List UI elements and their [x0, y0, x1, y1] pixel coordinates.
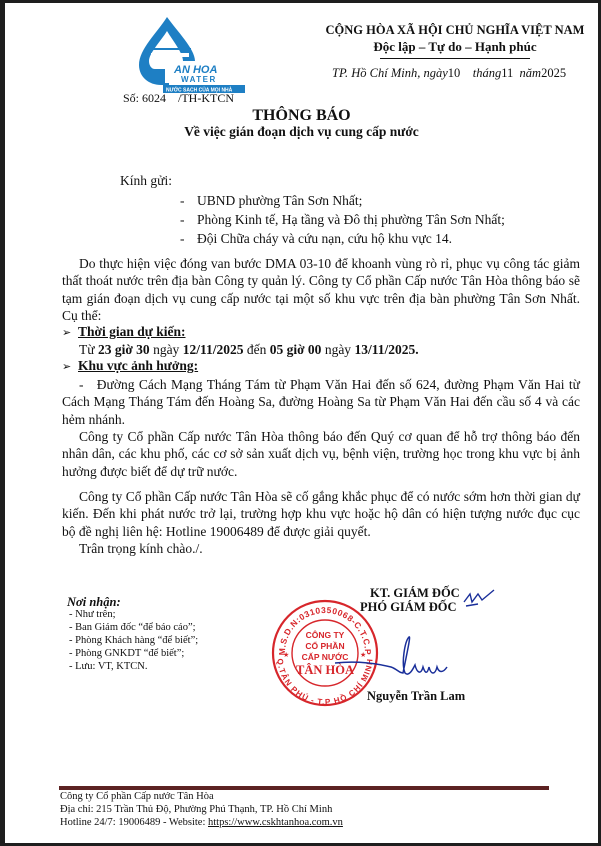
document-number: Số: 6024/TH-KTCN	[123, 91, 234, 106]
schedule-heading: ➢Thời gian dự kiến:	[62, 324, 186, 340]
receiver-item: - Phòng GNKDT “để biết”;	[69, 648, 184, 659]
closing-line: Trân trọng kính chào./.	[62, 540, 580, 557]
document-title: THÔNG BÁO	[5, 107, 598, 125]
document-page: AN HOA WATER NƯỚC SẠCH CỦA MỌI NHÀ Số: 6…	[5, 3, 598, 843]
handwritten-signature-icon	[335, 633, 485, 693]
greeting: Kính gửi:	[120, 173, 172, 189]
footer-divider	[59, 786, 549, 790]
affected-area-heading: ➢Khu vực ảnh hưởng:	[62, 358, 198, 374]
effort-paragraph: Công ty Cổ phần Cấp nước Tân Hòa sẽ cố g…	[62, 488, 580, 540]
website-link[interactable]: https://www.cskhtanhoa.com.vn	[208, 817, 343, 828]
svg-text:WATER: WATER	[181, 75, 217, 84]
receiver-item: - Lưu: VT, KTCN.	[69, 661, 148, 672]
receiver-item: - Như trên;	[69, 609, 116, 620]
signer-title-line1: KT. GIÁM ĐỐC	[370, 586, 460, 601]
receivers-title: Nơi nhận:	[67, 595, 121, 610]
signer-name: Nguyễn Trần Lam	[367, 689, 465, 704]
footer-hotline: Hotline 24/7: 19006489 - Website: https:…	[60, 817, 343, 828]
footer-address: Địa chỉ: 215 Trần Thủ Độ, Phường Phú Thạ…	[60, 804, 332, 815]
document-subtitle: Về việc gián đoạn dịch vụ cung cấp nước	[5, 124, 598, 140]
arrow-bullet-icon: ➢	[62, 360, 78, 373]
notice-paragraph: Công ty Cổ phần Cấp nước Tân Hòa thông b…	[62, 428, 580, 480]
footer-company: Công ty Cổ phần Cấp nước Tân Hòa	[60, 791, 214, 802]
national-motto: Độc lập – Tự do – Hạnh phúc	[325, 39, 585, 55]
recipient-item: -Phòng Kinh tế, Hạ tầng và Đô thị phường…	[180, 212, 505, 228]
tan-hoa-water-logo-icon: AN HOA WATER NƯỚC SẠCH CỦA MỌI NHÀ	[133, 13, 245, 93]
initials-mark-icon	[460, 586, 500, 612]
document-date: TP. Hồ Chí Minh, ngày10 tháng11 năm2025	[332, 66, 566, 81]
national-title: CỘNG HÒA XÃ HỘI CHỦ NGHĨA VIỆT NAM	[325, 23, 585, 38]
svg-text:★: ★	[283, 651, 289, 659]
recipient-item: -Đội Chữa cháy và cứu nạn, cứu hộ khu vự…	[180, 231, 452, 247]
affected-area-detail: - Đường Cách Mạng Tháng Tám từ Phạm Văn …	[62, 376, 580, 428]
recipient-item: -UBND phường Tân Sơn Nhất;	[180, 193, 362, 209]
motto-underline	[380, 58, 530, 59]
schedule-detail: Từ 23 giờ 30 ngày 12/11/2025 đến 05 giờ …	[79, 341, 579, 358]
receiver-item: - Phòng Khách hàng “để biết”;	[69, 635, 198, 646]
receiver-item: - Ban Giám đốc “để báo cáo”;	[69, 622, 196, 633]
intro-paragraph: Do thực hiện việc đóng van bước DMA 03-1…	[62, 255, 580, 325]
arrow-bullet-icon: ➢	[62, 326, 78, 339]
